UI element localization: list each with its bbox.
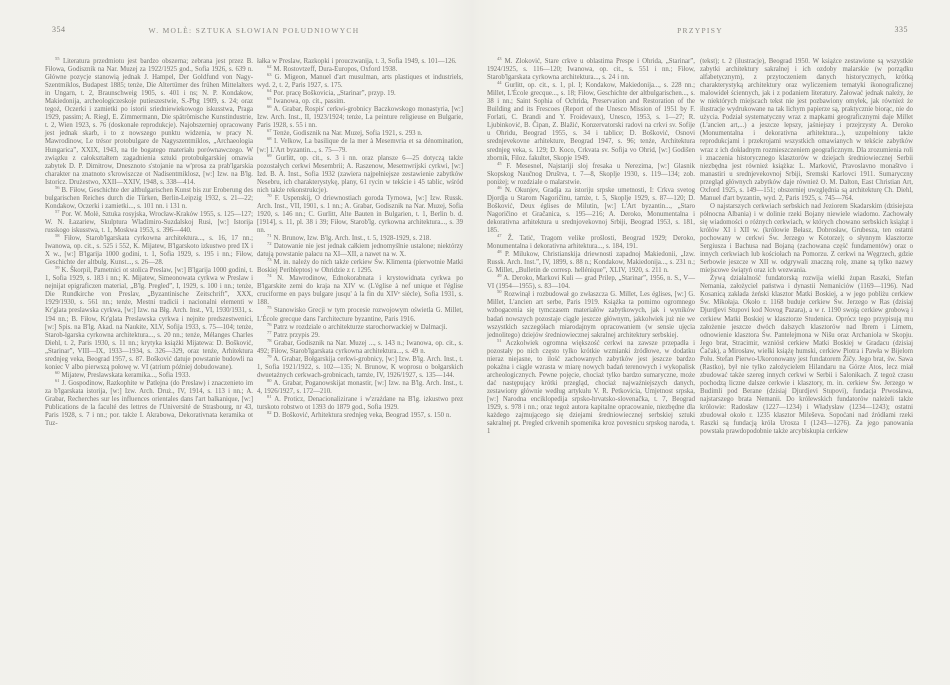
- footnote-paragraph: 58 Fiłow, Starob'lgarskata cyrkowna arch…: [45, 235, 253, 267]
- footnote-paragraph: 71 N. Brunow, Izw. B'lg. Arch. Inst., t.…: [257, 235, 463, 243]
- footnote-paragraph: 56 B. Fiłow, Geschichte der altbulgarisc…: [45, 187, 253, 211]
- footnote-number: 70: [267, 193, 272, 198]
- footnote-number: 44: [497, 80, 502, 85]
- right-page-column-1: 43 M. Zloković, Stare crkve u oblastima …: [487, 58, 695, 436]
- right-page-number: 335: [895, 25, 909, 34]
- left-page-column-1: 55 Literatura przedmiotu jest bardzo obs…: [45, 58, 253, 428]
- footnote-paragraph: Żywą działalność fundatorską rozwija wie…: [700, 275, 913, 436]
- footnote-number: 60: [55, 370, 60, 375]
- footnote-paragraph: (tekst); t. 2 (ilustracje), Beograd 1950…: [700, 58, 913, 203]
- footnote-number: 51: [497, 338, 502, 343]
- footnote-paragraph: 45 F. Mesesnel, Najstariji sloj fresaka …: [487, 163, 695, 187]
- footnote-number: 68: [267, 136, 272, 141]
- footnote-number: 79: [267, 354, 272, 359]
- footnote-paragraph: 61 J. Gospodinow, Razkophite w Patlejna …: [45, 380, 253, 428]
- footnote-number: 59: [55, 265, 60, 270]
- footnote-number: 66: [267, 104, 272, 109]
- footnote-paragraph: 76 Patrz w rozdziale o architekturze sta…: [257, 324, 463, 332]
- footnote-paragraph: 72 Datowanie nie jest jednak całkiem jed…: [257, 243, 463, 259]
- footnote-number: 65: [267, 96, 272, 101]
- footnote-paragraph: 82 D. Bošković, Arhitektura srednjeg vek…: [257, 412, 463, 420]
- footnote-paragraph: 80 A. Grabar, Poganowskijat monastir, [w…: [257, 380, 463, 396]
- footnote-number: 50: [497, 289, 502, 294]
- left-page-column-2: łałka w Preslaw, Razkopki i prouczwanija…: [257, 58, 463, 420]
- footnote-number: 55: [55, 56, 60, 61]
- footnote-number: 48: [497, 249, 502, 254]
- footnote-number: 78: [267, 338, 272, 343]
- footnote-number: 77: [267, 330, 272, 335]
- footnote-paragraph: 55 Literatura przedmiotu jest bardzo obs…: [45, 58, 253, 187]
- footnote-paragraph: łałka w Preslaw, Razkopki i prouczwanija…: [257, 58, 463, 66]
- left-running-header: W. MOLÈ: SZTUKA SŁOWIAN POŁUDNIOWYCH: [45, 26, 463, 38]
- footnote-number: 81: [267, 394, 272, 399]
- footnote-paragraph: 57 Por. W. Molè, Sztuka rosyjska, Wrocła…: [45, 211, 253, 235]
- footnote-paragraph: 79 A. Grabar, Bołgarskija cerkwi-grobnic…: [257, 356, 463, 380]
- footnote-number: 62: [267, 64, 272, 69]
- footnote-number: 75: [267, 305, 272, 310]
- footnote-number: 69: [267, 153, 272, 158]
- footnote-paragraph: 73 M. in. należy do nich także cerkiew Ś…: [257, 259, 463, 275]
- book-spread: 354 W. MOLÈ: SZTUKA SŁOWIAN POŁUDNIOWYCH…: [0, 0, 950, 685]
- footnote-paragraph: 47 Ž. Tatić, Tragom velike prošlosti, Be…: [487, 235, 695, 251]
- footnote-number: 71: [267, 233, 272, 238]
- footnote-paragraph: 50 Rozwinął i rozbudował go zwłaszcza G.…: [487, 291, 695, 339]
- footnote-number: 64: [267, 88, 272, 93]
- footnote-paragraph: 68 I. Velkow, La basilique de la mer à M…: [257, 138, 463, 154]
- footnote-paragraph: 77 Patrz przypis 29.: [257, 332, 463, 340]
- footnote-paragraph: 74 N. Mawrodinow, Ednokorabnata i krysto…: [257, 275, 463, 307]
- footnote-paragraph: 46 N. Okunjev, Gradja za istoriju srpske…: [487, 187, 695, 235]
- footnote-number: 58: [55, 233, 60, 238]
- footnote-paragraph: 69 Gurlitt, op. cit., s. 3 i nn. oraz pl…: [257, 155, 463, 195]
- footnote-number: 74: [267, 273, 272, 278]
- footnote-paragraph: 60 Mijatew, Preslawskata keramika..., So…: [45, 372, 253, 380]
- footnote-number: 43: [497, 56, 502, 61]
- footnote-number: 73: [267, 257, 272, 262]
- footnote-paragraph: 49 A. Deroko, Markovi Kuli — grad Prilep…: [487, 275, 695, 291]
- footnote-number: 67: [267, 128, 272, 133]
- footnote-number: 61: [55, 378, 60, 383]
- footnote-paragraph: 62 M. Rostovtzeff, Dura-Europos, Oxford …: [257, 66, 463, 74]
- footnote-paragraph: 70 F. Uspenskij, O driewnostiach goroda …: [257, 195, 463, 235]
- footnote-paragraph: 78 Grabar, Godisznik na Nar. Muzej ..., …: [257, 340, 463, 356]
- right-running-header: PRZYPISY: [487, 26, 913, 38]
- footnote-paragraph: 66 A. Grabar, Rospis' cerkwi-grobnicy Ba…: [257, 106, 463, 130]
- footnote-number: 46: [497, 185, 502, 190]
- footnote-paragraph: 59 K. Škorpil, Pametnici ot stolica Pres…: [45, 267, 253, 372]
- footnote-number: 82: [267, 410, 272, 415]
- footnote-paragraph: 63 G. Migeon, Manuel d'art musulman, art…: [257, 74, 463, 90]
- footnote-paragraph: 43 M. Zloković, Stare crkve u oblastima …: [487, 58, 695, 82]
- footnote-paragraph: O najstarszych cerkwiach serbskich nad J…: [700, 203, 913, 275]
- footnote-paragraph: 81 A. Proticz, Denacionalizirane i w'zra…: [257, 396, 463, 412]
- footnote-number: 47: [497, 233, 502, 238]
- footnote-paragraph: 44 Gurlitt, op. cit., s. 1, pl. I; Konda…: [487, 82, 695, 162]
- footnote-paragraph: 75 Stanowisko Grecji w tym procesie rozw…: [257, 307, 463, 323]
- footnote-number: 80: [267, 378, 272, 383]
- footnote-number: 76: [267, 322, 272, 327]
- footnote-number: 49: [497, 273, 502, 278]
- footnote-paragraph: 48 P. Milukow, Christianskija driewnosti…: [487, 251, 695, 275]
- right-page-column-2: (tekst); t. 2 (ilustracje), Beograd 1950…: [700, 58, 913, 436]
- footnote-paragraph: 51 Aczkolwiek ogromna większość cerkwi n…: [487, 340, 695, 437]
- footnote-number: 45: [497, 161, 502, 166]
- footnote-number: 56: [55, 185, 60, 190]
- footnote-number: 57: [55, 209, 60, 214]
- footnote-number: 72: [267, 241, 272, 246]
- footnote-number: 63: [267, 72, 272, 77]
